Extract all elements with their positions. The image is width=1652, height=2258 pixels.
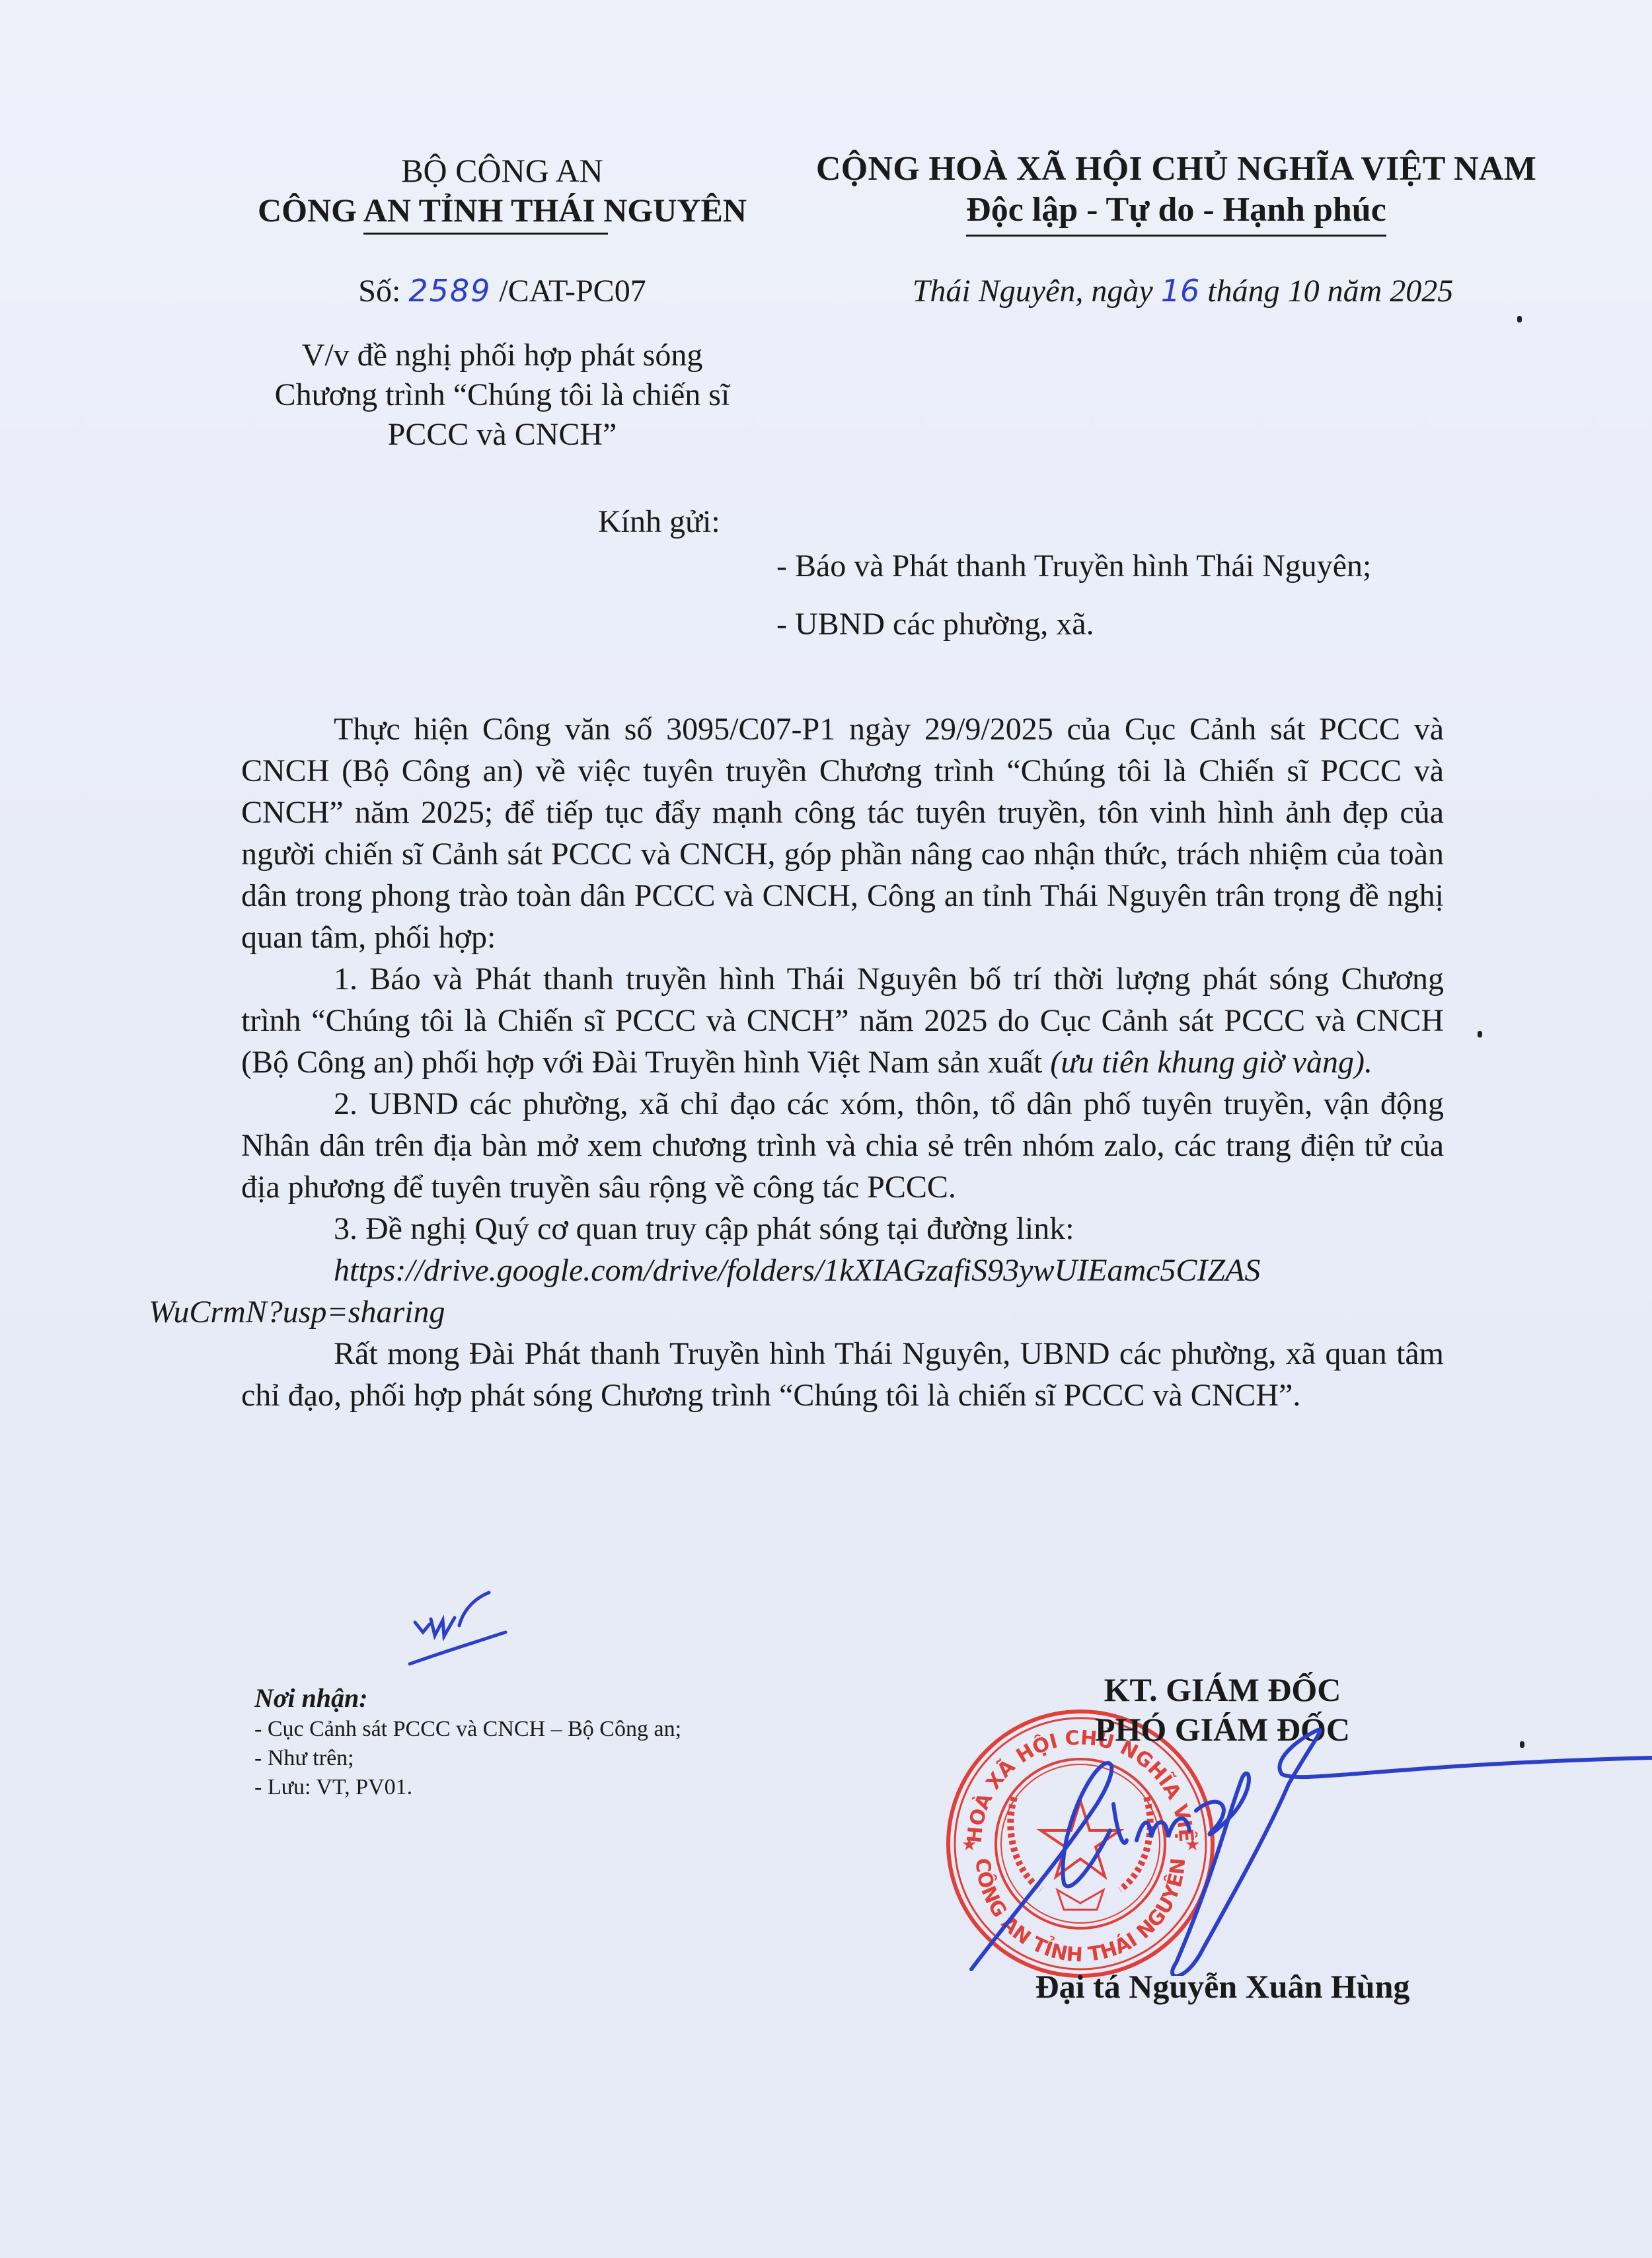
recipient-item: - Như trên; bbox=[254, 1744, 915, 1773]
ministry-name: BỘ CÔNG AN bbox=[198, 151, 806, 190]
item-1: 1. Báo và Phát thanh truyền hình Thái Ng… bbox=[241, 958, 1444, 1083]
handwritten-number: 2589 bbox=[408, 273, 491, 309]
date-line: Thái Nguyên, ngày 16 tháng 10 năm 2025 bbox=[793, 271, 1573, 311]
national-motto: Độc lập - Tự do - Hạnh phúc bbox=[966, 190, 1386, 237]
letter-body: Thực hiện Công văn số 3095/C07-P1 ngày 2… bbox=[241, 708, 1444, 1416]
handwritten-day: 16 bbox=[1161, 273, 1200, 309]
drive-link[interactable]: https://drive.google.com/drive/folders/1… bbox=[241, 1250, 1444, 1333]
intro-paragraph: Thực hiện Công văn số 3095/C07-P1 ngày 2… bbox=[241, 708, 1444, 958]
closing-paragraph: Rất mong Đài Phát thanh Truyền hình Thái… bbox=[241, 1333, 1444, 1416]
country-name: CỘNG HOÀ XÃ HỘI CHỦ NGHĨA VIỆT NAM bbox=[780, 149, 1573, 190]
recipient-item: - Cục Cảnh sát PCCC và CNCH – Bộ Công an… bbox=[254, 1715, 915, 1744]
addressee-item: - UBND các phường, xã. bbox=[776, 605, 1094, 644]
item-3: 3. Đề nghị Quý cơ quan truy cập phát són… bbox=[241, 1208, 1444, 1250]
motto-underline bbox=[966, 235, 1386, 237]
item-2: 2. UBND các phường, xã chỉ đạo các xóm, … bbox=[241, 1083, 1444, 1208]
signer-name: Đại tá Nguyễn Xuân Hùng bbox=[985, 1967, 1460, 2006]
document-number: Số: 2589 /CAT-PC07 bbox=[198, 271, 806, 311]
unit-name: CÔNG AN TỈNH THÁI NGUYÊN bbox=[198, 190, 806, 230]
scan-speck bbox=[1517, 316, 1522, 322]
issuer-header: BỘ CÔNG AN CÔNG AN TỈNH THÁI NGUYÊN bbox=[198, 151, 806, 235]
unit-underline bbox=[363, 233, 608, 235]
addressee-item: - Báo và Phát thanh Truyền hình Thái Ngu… bbox=[776, 546, 1371, 586]
national-header: CỘNG HOÀ XÃ HỘI CHỦ NGHĨA VIỆT NAM Độc l… bbox=[780, 149, 1573, 237]
initial-mark-icon bbox=[396, 1586, 595, 1685]
scan-speck bbox=[1478, 1031, 1482, 1037]
handwritten-signature-icon bbox=[958, 1698, 1652, 1976]
addressee-label: Kính gửi: bbox=[598, 502, 720, 542]
recipients-title: Nơi nhận: bbox=[254, 1682, 915, 1715]
recipient-item: - Lưu: VT, PV01. bbox=[254, 1773, 915, 1802]
subject: V/v đề nghị phối hợp phát sóng Chương tr… bbox=[198, 336, 806, 455]
recipients-block: Nơi nhận: - Cục Cảnh sát PCCC và CNCH – … bbox=[254, 1682, 915, 1802]
